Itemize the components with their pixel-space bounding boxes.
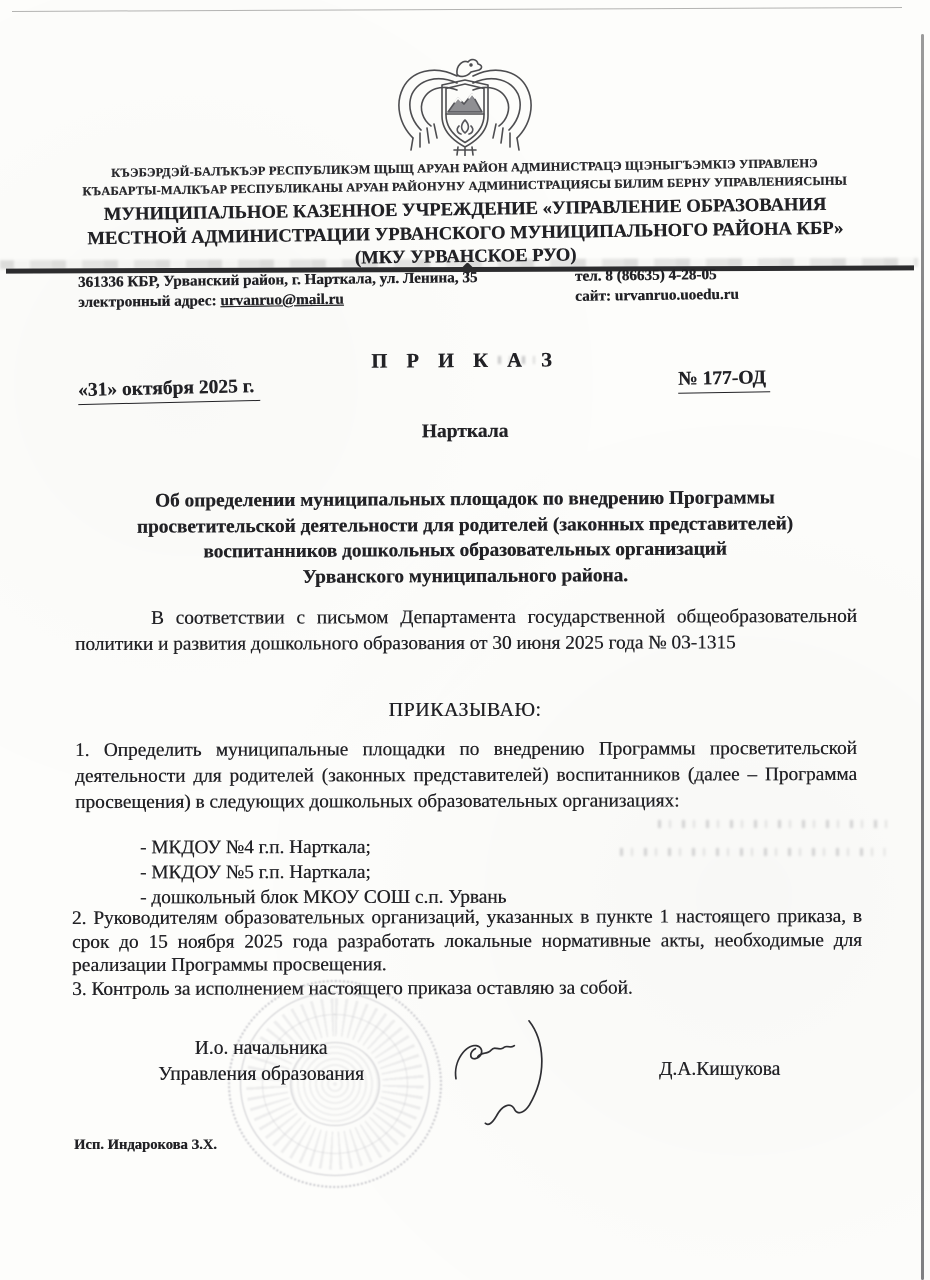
shield [442,80,488,147]
city-name: Нарткала [0,419,930,446]
order-item-1: 1. Определить муниципальные площадки по … [75,736,857,817]
letterhead: КЪЭБЭРДЭЙ-БАЛЪКЪЭР РЕСПУБЛИКЭМ ЩЫЩ АРУАН… [0,153,930,275]
eagle-left-wing [399,70,457,150]
position-line2: Управления образования [138,1062,384,1088]
handwritten-signature [443,1015,574,1141]
email-address: urvanruo@mail.ru [220,291,344,310]
eagle-tail [454,147,476,156]
website: сайт: urvanruo.uoedu.ru [575,283,875,307]
order-title: Об определении муниципальных площадок по… [65,485,866,591]
order-date: «31» октября 2025 г. [78,376,261,405]
scanned-order-document: КЪЭБЭРДЭЙ-БАЛЪКЪЭР РЕСПУБЛИКЭМ ЩЫЩ АРУАН… [0,0,930,1280]
order-item-3: 3. Контроль за исполнением настоящего пр… [72,978,633,1000]
order-items-2-3: 2. Руководителям образовательных организ… [72,905,862,1002]
organizations-list: - МКДОУ №4 г.п. Нарткала; - МКДОУ №5 г.п… [140,836,506,911]
order-title-line: Урванского муниципального района. [65,561,865,591]
scan-artifact-bleed [658,820,888,828]
intro-paragraph: В соответствии с письмом Департамента го… [75,604,857,658]
command-word: ПРИКАЗЫВАЮ: [0,699,930,722]
scan-artifact-top-line [12,7,902,12]
scan-artifact-bleed [620,848,885,856]
email-label: электронный адрес: [78,292,220,311]
executor-line: Исп. Индарокова З.Х. [74,1137,217,1154]
signatory-position: И.о. начальника Управления образования [138,1036,384,1088]
order-title-line: просветительской деятельности для родите… [65,510,865,540]
list-item: - МКДОУ №4 г.п. Нарткала; [140,836,506,861]
order-title-line: Об определении муниципальных площадок по… [65,485,865,515]
order-item-2: 2. Руководителям образовательных организ… [72,906,862,976]
document-type: П Р И К А З [0,347,930,376]
contacts-left: 361336 КБР, Урванский район, г. Нарткала… [78,267,558,313]
contacts-right: тел. 8 (86635) 4-28-05 сайт: urvanruo.uo… [575,263,875,307]
order-number: № 177-ОД [678,367,770,394]
position-line1: И.о. начальника [138,1036,384,1062]
signatory-name: Д.А.Кишукова [659,1059,780,1081]
coat-of-arms-icon [385,56,545,161]
list-item: - МКДОУ №5 г.п. Нарткала; [140,860,506,885]
